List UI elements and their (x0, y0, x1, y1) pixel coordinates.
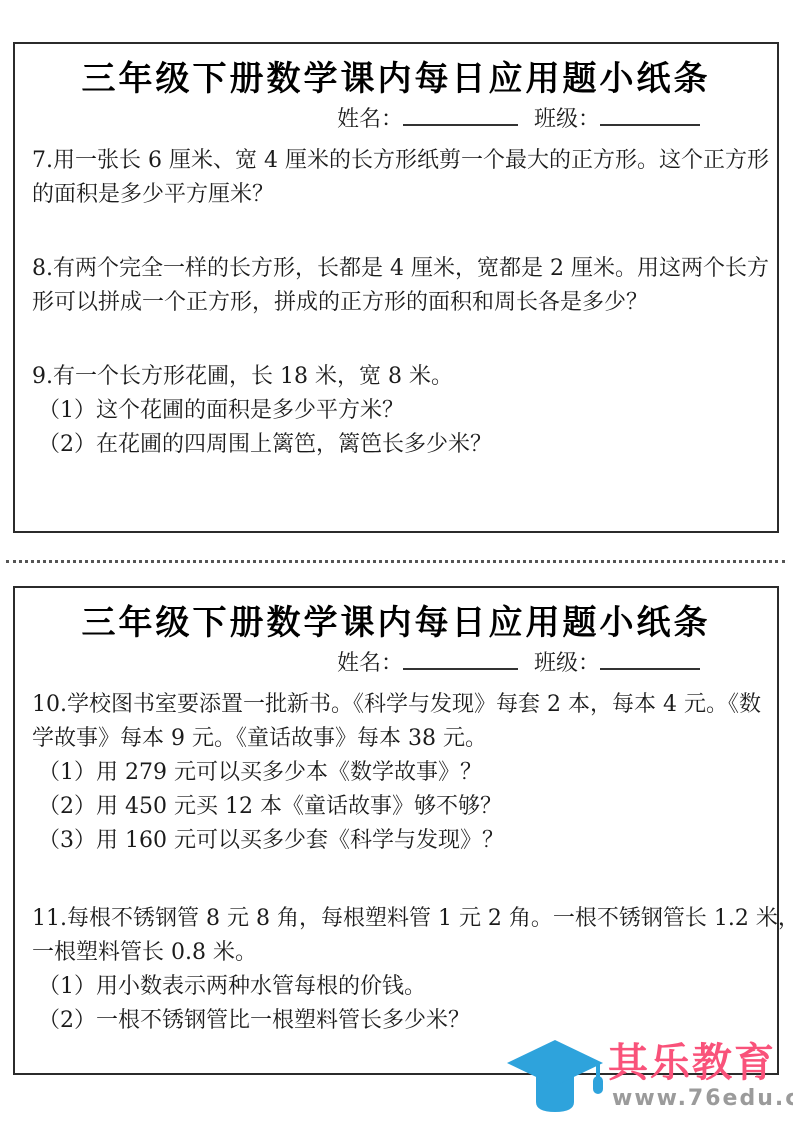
graduation-cap-icon (505, 1038, 605, 1121)
worksheet-title: 三年级下册数学课内每日应用题小纸条 (32, 600, 760, 646)
problem-subline: （2）用 450 元买 12 本《童话故事》够不够？ (32, 790, 760, 824)
brand-name: 其乐教育 (608, 1042, 776, 1084)
class-label: 班级： (534, 651, 600, 676)
brand-watermark: 其乐教育 www.76edu.com (505, 1036, 793, 1121)
problem-line: 9.有一个长方形花圃，长 18 米，宽 8 米。 (32, 360, 760, 394)
problem-line: 11.每根不锈钢管 8 元 8 角，每根塑料管 1 元 2 角。一根不锈钢管长 … (32, 902, 760, 936)
class-blank (600, 648, 700, 670)
name-class-row: 姓名：班级： (32, 104, 760, 134)
problem-subline: （1）这个花圃的面积是多少平方米？ (32, 394, 760, 428)
name-label: 姓名： (337, 107, 403, 132)
problem-line: 的面积是多少平方厘米？ (32, 178, 760, 212)
problem-line: 学故事》每本 9 元。《童话故事》每本 38 元。 (32, 722, 760, 756)
name-blank (403, 104, 518, 126)
problem-10: 10.学校图书室要添置一批新书。《科学与发现》每套 2 本，每本 4 元。《数 … (32, 688, 760, 858)
problem-line: 一根塑料管长 0.8 米。 (32, 936, 760, 970)
name-class-row: 姓名：班级： (32, 648, 760, 678)
worksheet-title: 三年级下册数学课内每日应用题小纸条 (32, 56, 760, 102)
problem-subline: （2）在花圃的四周围上篱笆，篱笆长多少米？ (32, 428, 760, 462)
problem-subline: （1）用小数表示两种水管每根的价钱。 (32, 970, 760, 1004)
brand-website: www.76edu.com (612, 1086, 793, 1111)
problem-7: 7.用一张长 6 厘米、宽 4 厘米的长方形纸剪一个最大的正方形。这个正方形 的… (32, 144, 760, 212)
worksheet-slip-2: 三年级下册数学课内每日应用题小纸条 姓名：班级： 10.学校图书室要添置一批新书… (13, 586, 779, 1075)
problem-line: 7.用一张长 6 厘米、宽 4 厘米的长方形纸剪一个最大的正方形。这个正方形 (32, 144, 760, 178)
problem-subline: （2）一根不锈钢管比一根塑料管长多少米？ (32, 1004, 760, 1038)
cut-line-separator (6, 560, 785, 563)
problem-subline: （1）用 279 元可以买多少本《数学故事》？ (32, 756, 760, 790)
problem-line: 10.学校图书室要添置一批新书。《科学与发现》每套 2 本，每本 4 元。《数 (32, 688, 760, 722)
problem-9: 9.有一个长方形花圃，长 18 米，宽 8 米。 （1）这个花圃的面积是多少平方… (32, 360, 760, 462)
problem-line: 8.有两个完全一样的长方形，长都是 4 厘米，宽都是 2 厘米。用这两个长方 (32, 252, 760, 286)
name-blank (403, 648, 518, 670)
problem-8: 8.有两个完全一样的长方形，长都是 4 厘米，宽都是 2 厘米。用这两个长方 形… (32, 252, 760, 320)
worksheet-slip-1: 三年级下册数学课内每日应用题小纸条 姓名：班级： 7.用一张长 6 厘米、宽 4… (13, 42, 779, 533)
class-blank (600, 104, 700, 126)
class-label: 班级： (534, 107, 600, 132)
problem-subline: （3）用 160 元可以买多少套《科学与发现》？ (32, 824, 760, 858)
name-label: 姓名： (337, 651, 403, 676)
problem-line: 形可以拼成一个正方形，拼成的正方形的面积和周长各是多少？ (32, 286, 760, 320)
problem-11: 11.每根不锈钢管 8 元 8 角，每根塑料管 1 元 2 角。一根不锈钢管长 … (32, 902, 760, 1038)
